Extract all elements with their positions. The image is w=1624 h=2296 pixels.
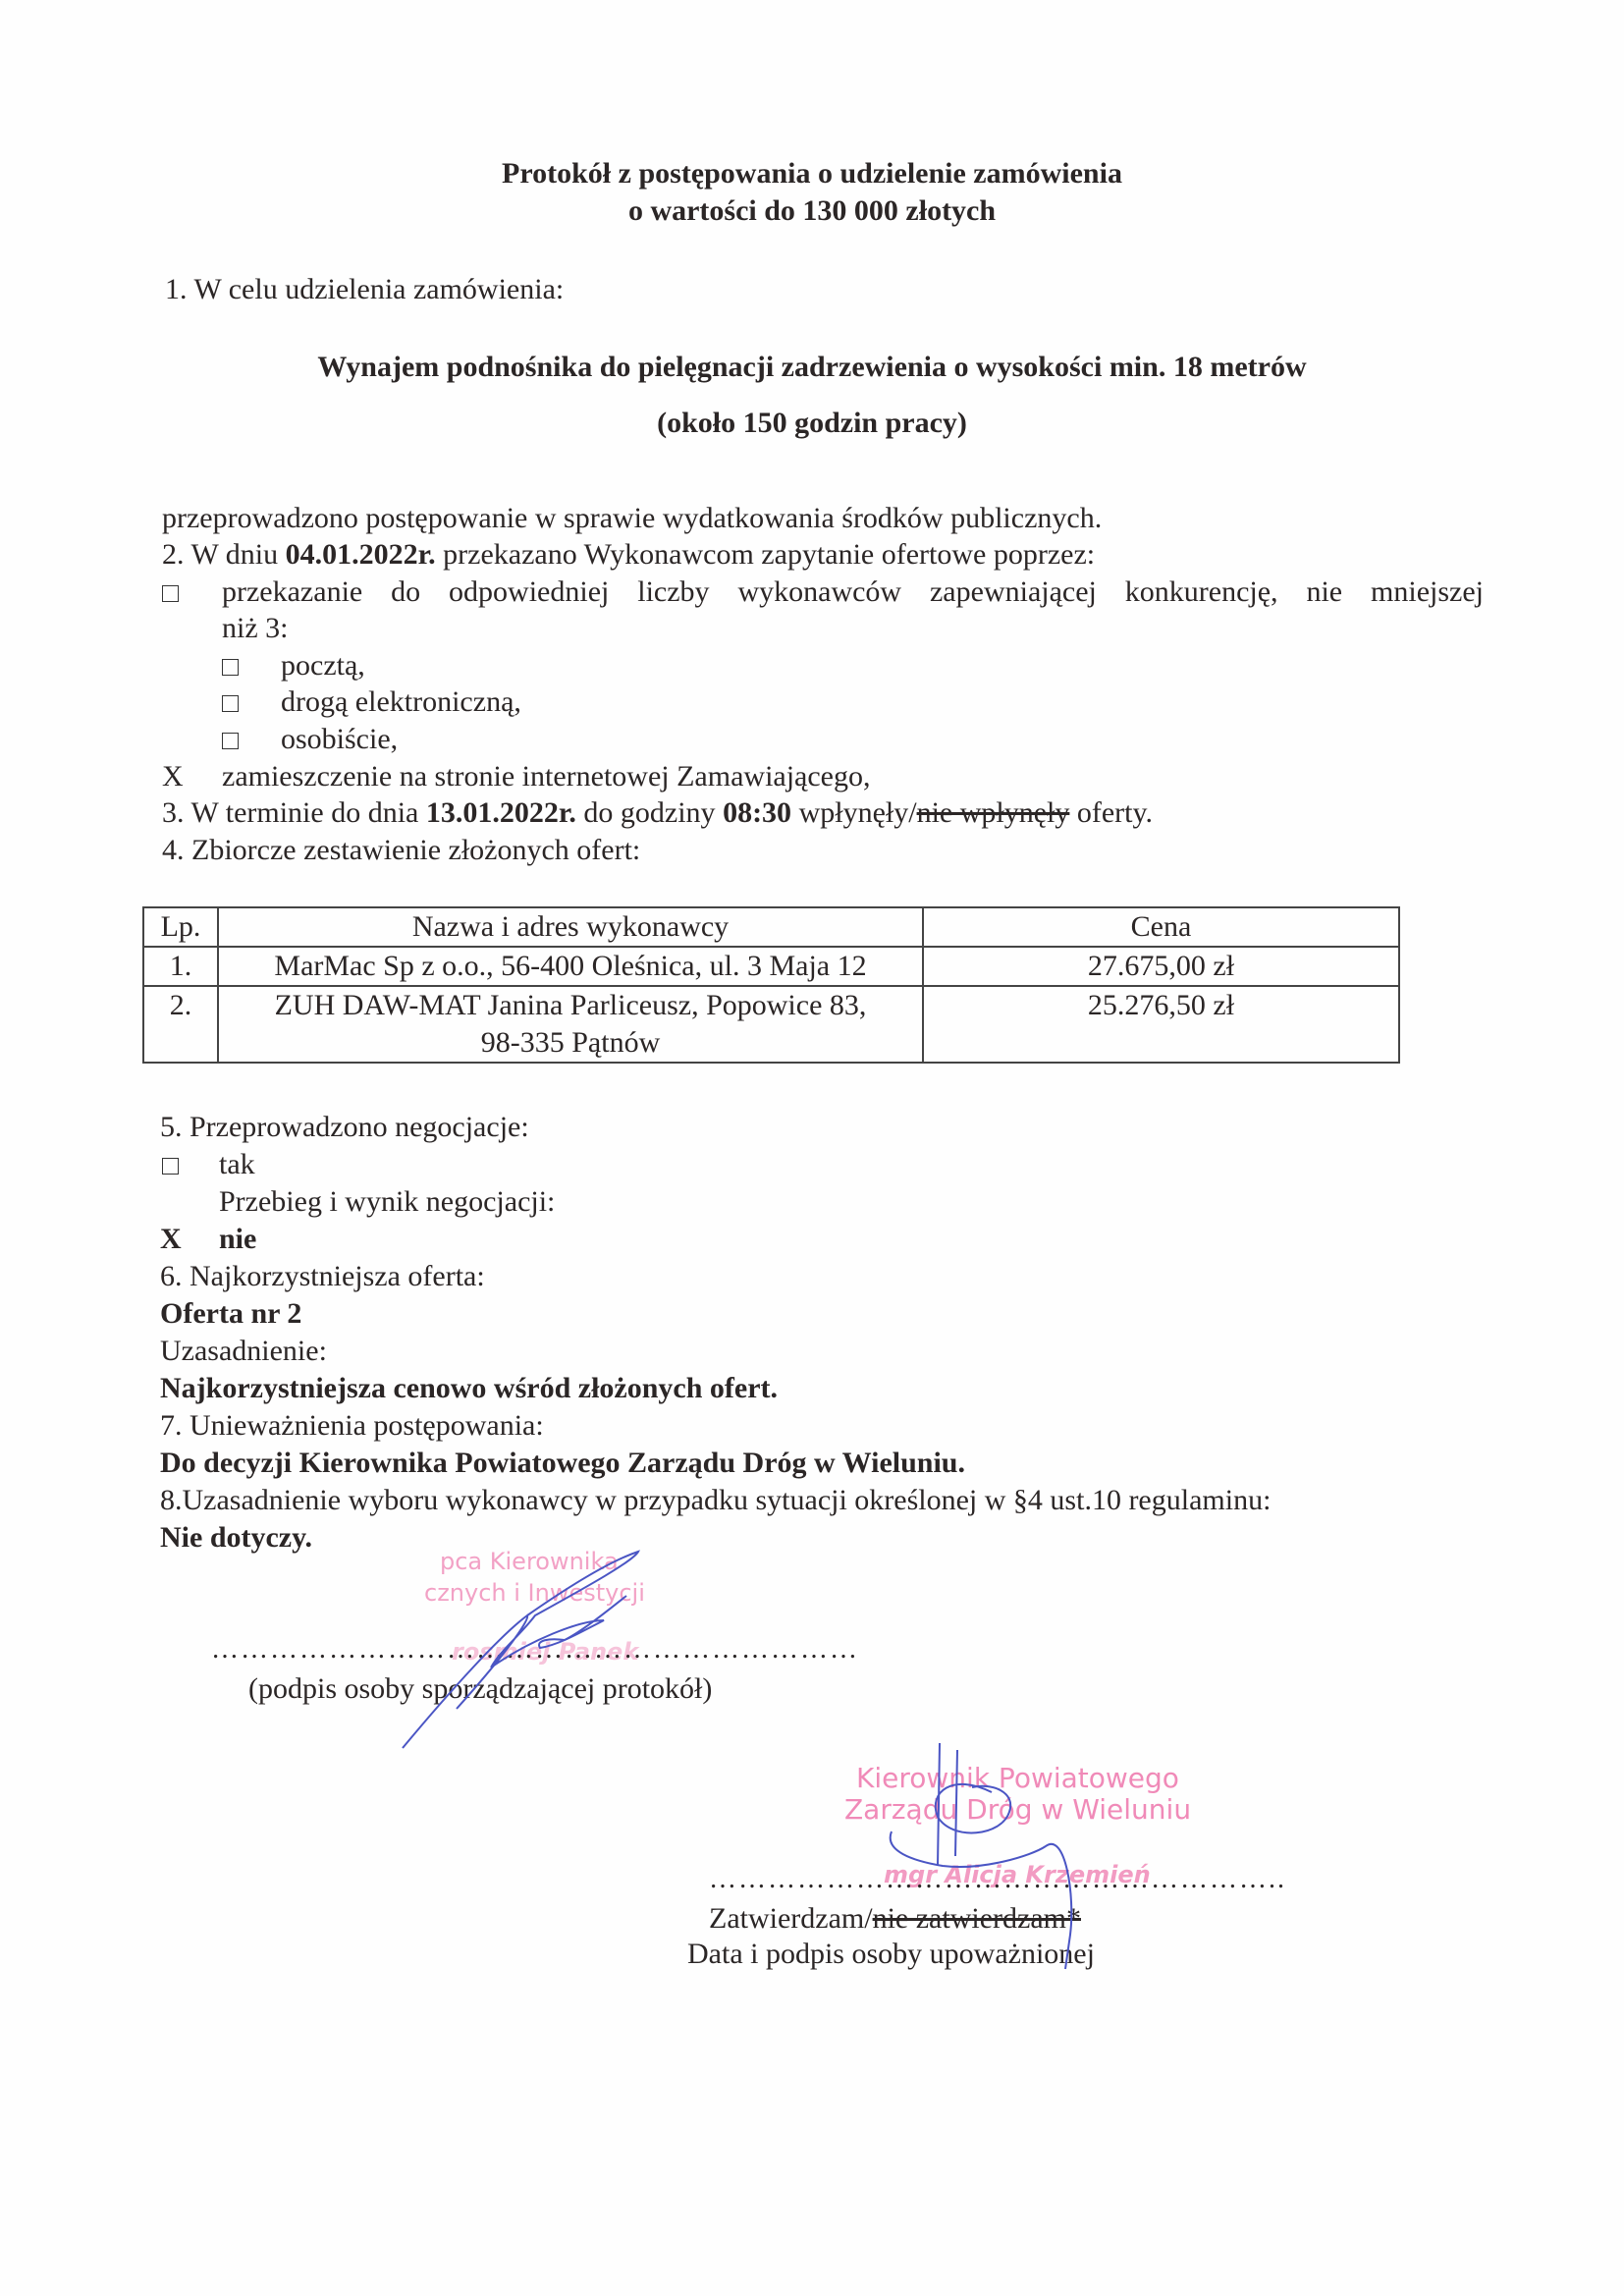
x-mark-icon: X [160,1223,182,1255]
section2-prefix: 2. W dniu [162,538,286,571]
section8-label: 8.Uzasadnienie wyboru wykonawcy w przypa… [160,1482,1271,1518]
negotiation-label: Przebieg i wynik negocjacji: [219,1183,555,1220]
section7-value: Do decyzji Kierownika Powiatowego Zarząd… [160,1445,965,1481]
section2-line: 2. W dniu 04.01.2022r. przekazano Wykona… [162,536,1095,573]
subject-line2: (około 150 godzin pracy) [0,405,1624,442]
option-negotiation-yes-label: tak [219,1146,255,1182]
checkbox-empty-icon [162,585,179,602]
section1-tail: przeprowadzono postępowanie w sprawie wy… [162,500,1102,536]
sub-option-electronic: drogą elektroniczną, [222,683,239,720]
option-competition-line2: niż 3: [222,610,289,646]
best-offer: Oferta nr 2 [160,1295,301,1332]
row-price: 27.675,00 zł [923,947,1399,986]
section3-date: 13.01.2022r. [426,796,576,829]
section3-middle: do godziny [576,796,723,829]
header-price: Cena [923,907,1399,947]
section3-not-received-struck: nie wpłynęły [917,796,1070,829]
section3-suffix: oferty. [1069,796,1153,829]
checkbox-empty-icon [222,733,239,749]
checkbox-empty-icon [162,1158,179,1175]
approve-text: Zatwierdzam/ [709,1902,873,1935]
table-row: 2. ZUH DAW-MAT Janina Parliceusz, Popowi… [143,986,1399,1063]
option-competition-line1: przekazanie do odpowiedniej liczby wykon… [222,574,1484,610]
header-name: Nazwa i adres wykonawcy [218,907,923,947]
section3-time: 08:30 [723,796,791,829]
subject-line1: Wynajem podnośnika do pielęgnacji zadrze… [0,349,1624,386]
option-negotiation-no: X nie [160,1221,182,1257]
header-lp: Lp. [143,907,218,947]
section1-label: 1. W celu udzielenia zamówienia: [165,271,564,307]
checkbox-empty-icon [222,695,239,712]
option-competition [162,574,179,610]
option-negotiation-no-label: nie [219,1221,256,1257]
row-name: MarMac Sp z o.o., 56-400 Oleśnica, ul. 3… [218,947,923,986]
section5-label: 5. Przeprowadzono negocjacje: [160,1109,529,1145]
section2-date: 04.01.2022r. [286,538,436,571]
sub-option-post-label: pocztą, [281,647,365,683]
section3-line: 3. W terminie do dnia 13.01.2022r. do go… [162,794,1153,831]
row-name-line1: ZUH DAW-MAT Janina Parliceusz, Popowice … [223,987,918,1024]
section6-label: 6. Najkorzystniejsza oferta: [160,1258,485,1294]
section3-received: wpłynęły/ [791,796,917,829]
sub-option-electronic-label: drogą elektroniczną, [281,683,521,720]
section8-value: Nie dotyczy. [160,1519,312,1556]
offers-table: Lp. Nazwa i adres wykonawcy Cena 1. MarM… [142,906,1400,1064]
signature-left-icon [393,1542,687,1758]
table-row: 1. MarMac Sp z o.o., 56-400 Oleśnica, ul… [143,947,1399,986]
sub-option-personal-label: osobiście, [281,721,398,757]
justification-label: Uzasadnienie: [160,1333,327,1369]
section3-prefix: 3. W terminie do dnia [162,796,426,829]
document-title-line1: Protokół z postępowania o udzielenie zam… [0,155,1624,192]
section2-suffix: przekazano Wykonawcom zapytanie ofertowe… [436,538,1095,571]
row-name-line2: 98-335 Pątnów [223,1024,918,1062]
signature-right-icon [884,1738,1159,1994]
x-mark-icon: X [162,760,184,793]
option-website-label: zamieszczenie na stronie internetowej Za… [222,758,871,794]
checkbox-empty-icon [222,659,239,676]
row-lp: 2. [143,986,218,1063]
table-header-row: Lp. Nazwa i adres wykonawcy Cena [143,907,1399,947]
row-name: ZUH DAW-MAT Janina Parliceusz, Popowice … [218,986,923,1063]
row-price: 25.276,50 zł [923,986,1399,1063]
row-lp: 1. [143,947,218,986]
sub-option-personal: osobiście, [222,721,239,757]
justification: Najkorzystniejsza cenowo wśród złożonych… [160,1370,778,1406]
option-negotiation-yes: tak [162,1146,179,1182]
sub-option-post: pocztą, [222,647,239,683]
section4-label: 4. Zbiorcze zestawienie złożonych ofert: [162,832,640,868]
document-title-line2: o wartości do 130 000 złotych [0,192,1624,230]
section7-label: 7. Unieważnienia postępowania: [160,1407,544,1444]
option-website: X zamieszczenie na stronie internetowej … [162,758,184,794]
